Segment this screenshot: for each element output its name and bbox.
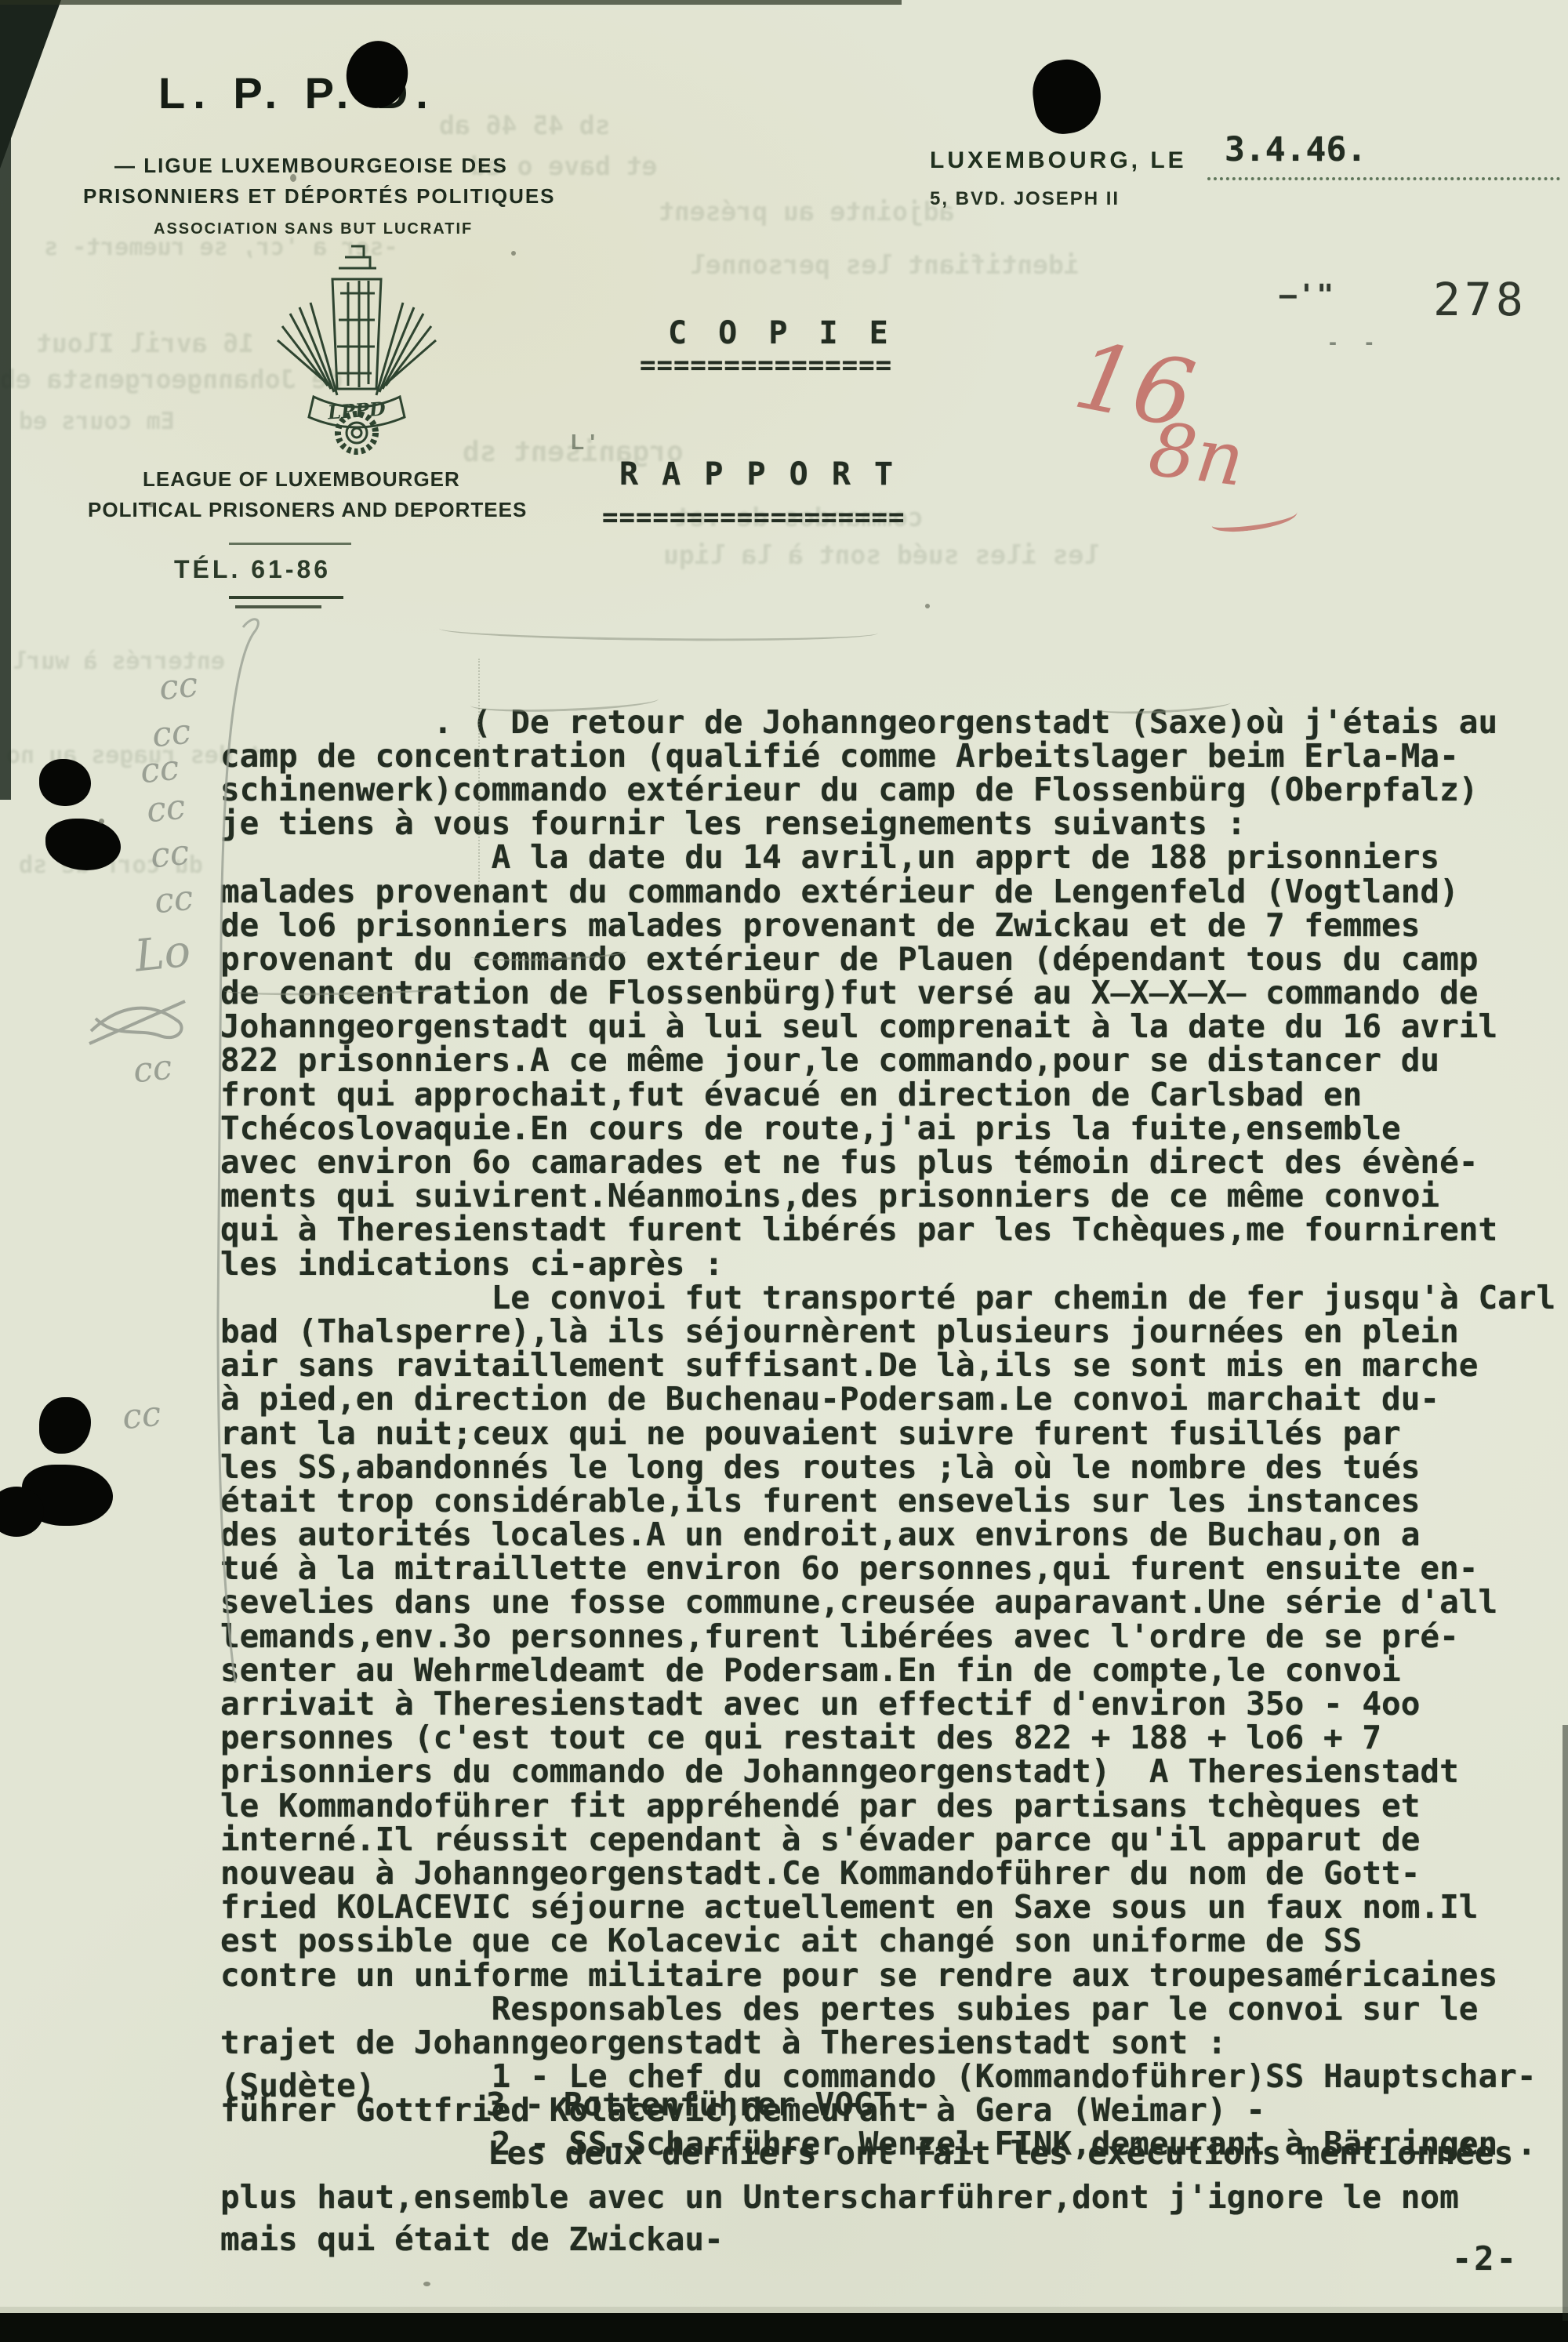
phone-number: TÉL. 61-86 xyxy=(174,555,331,584)
pencil-cc-mark: cc xyxy=(120,1394,162,1438)
body-line: de lo6 prisonniers malades provenant de … xyxy=(220,909,1555,942)
scan-edge-corner xyxy=(0,0,61,169)
body-line: ments qui suivirent.Néanmoins,des prison… xyxy=(220,1179,1555,1213)
copy-title: C O P I E xyxy=(668,315,895,351)
pencil-cc-mark: Lo xyxy=(132,925,193,982)
pencil-bracket-line xyxy=(205,610,268,1708)
body-line: personnes (c'est tout ce qui restait des… xyxy=(220,1721,1555,1755)
list-item-3: 3 - Rottenführer VOGT - xyxy=(486,2086,931,2123)
body-line: schinenwerk)commando extérieur du camp d… xyxy=(220,773,1555,807)
bleedthrough-text: identifiant les personnel xyxy=(690,249,1080,280)
dirt-speck xyxy=(511,251,516,256)
body-line: avec environ 6o camarades et ne fus plus… xyxy=(220,1146,1555,1179)
bleedthrough-text: les iles suéd sont à la liqu xyxy=(663,539,1099,570)
red-handwritten-8n: 8n xyxy=(1145,413,1248,498)
pencil-cc-mark: cc xyxy=(144,787,187,831)
body-line: camp de concentration (qualifié comme Ar… xyxy=(220,739,1555,773)
body-line: qui à Theresienstadt furent libérés par … xyxy=(220,1213,1555,1247)
body-line: senter au Wehrmeldeamt de Podersam.En fi… xyxy=(220,1654,1555,1687)
body-line: était trop considérable,ils furent ensev… xyxy=(220,1484,1555,1518)
address-line: 5, BVD. JOSEPH II xyxy=(930,188,1120,210)
pencil-cc-mark: cc xyxy=(138,748,180,792)
body-line: air sans ravitaillement suffisant.De là,… xyxy=(220,1349,1555,1382)
dirt-speck xyxy=(925,604,930,608)
report-title: R A P P O R T xyxy=(619,456,895,492)
body-line: prisonniers du commando de Johanngeorgen… xyxy=(220,1755,1555,1788)
closing-line-3: mais qui était de Zwickau- xyxy=(220,2220,724,2258)
punch-hole-mark xyxy=(39,1397,91,1454)
body-line: front qui approchait,fut évacué en direc… xyxy=(220,1078,1555,1112)
report-title-underline: ================== xyxy=(602,502,905,533)
body-line: le Kommandoführer fit appréhendé par des… xyxy=(220,1789,1555,1823)
pencil-cc-mark: cc xyxy=(148,833,191,877)
closing-line-2: plus haut,ensemble avec un Unterscharfüh… xyxy=(220,2178,1459,2216)
body-line: tué à la mitraillette environ 6o personn… xyxy=(220,1552,1555,1585)
dirt-speck xyxy=(99,819,104,824)
body-line: contre un uniforme militaire pour se ren… xyxy=(220,1959,1555,1992)
dirt-speck xyxy=(423,2282,430,2286)
body-line: trajet de Johanngeorgenstadt à Theresien… xyxy=(220,2026,1555,2060)
body-line: Le convoi fut transporté par chemin de f… xyxy=(220,1281,1555,1315)
pencil-cc-mark: cc xyxy=(152,878,194,922)
copy-title-underline: =============== xyxy=(640,350,892,381)
body-line: bad (Thalsperre),là ils séjournèrent plu… xyxy=(220,1315,1555,1349)
body-line: à pied,en direction de Buchenau-Podersam… xyxy=(220,1382,1555,1416)
bleedthrough-text: adjointe au présent xyxy=(659,196,955,227)
body-line: les SS,abandonnés le long des routes ;là… xyxy=(220,1451,1555,1484)
body-line: sevelies dans une fosse commune,creusée … xyxy=(220,1585,1555,1619)
letterhead-underline xyxy=(229,596,343,599)
page-number: -2- xyxy=(1452,2239,1519,2278)
body-line: fried KOLACEVIC séjourne actuellement en… xyxy=(220,1890,1555,1924)
scan-edge-top xyxy=(0,0,902,5)
body-line: provenant du commando extérieur de Plaue… xyxy=(220,942,1555,976)
faint-dashes: - - xyxy=(1329,329,1384,356)
body-line: je tiens à vous fournir les renseignemen… xyxy=(220,807,1555,841)
body-line: nouveau à Johanngeorgenstadt.Ce Kommando… xyxy=(220,1857,1555,1890)
body-line: rant la nuit;ceux qui ne pouvaient suivr… xyxy=(220,1417,1555,1451)
scanned-report-page: sb 45 46 abet bave o ed-ser a 'cr, se ru… xyxy=(0,0,1568,2342)
closing-line-1: Les deux derniers ont fait les exécution… xyxy=(488,2134,1513,2172)
scan-edge-right xyxy=(1563,1725,1568,2321)
report-body: . ( De retour de Johanngeorgenstadt (Sax… xyxy=(220,604,1555,2162)
logo-text: LPPD xyxy=(326,397,387,423)
body-line: est possible que ce Kolacevic ait changé… xyxy=(220,1924,1555,1958)
org-name-fr-line1: — LIGUE LUXEMBOURGEOISE DES xyxy=(114,154,508,178)
bleedthrough-text: 16 avril Ilout xyxy=(36,328,254,358)
body-line: lemands,env.3o personnes,furent libérées… xyxy=(220,1620,1555,1654)
body-line: . ( De retour de Johanngeorgenstadt (Sax… xyxy=(220,706,1555,739)
body-line: les indications ci-après : xyxy=(220,1247,1555,1281)
dirt-speck xyxy=(290,174,296,182)
body-line: A la date du 14 avril,un apprt de 188 pr… xyxy=(220,841,1555,874)
city-date-label: LUXEMBOURG, LE xyxy=(930,147,1187,174)
org-name-en-line1: LEAGUE OF LUXEMBOURGER xyxy=(143,467,460,492)
body-line: malades provenant du commando extérieur … xyxy=(220,875,1555,909)
org-name-fr-line2: PRISONNIERS ET DÉPORTÉS POLITIQUES xyxy=(83,184,556,209)
pencil-scribble xyxy=(85,984,194,1055)
body-line: arrivait à Theresienstadt avec un effect… xyxy=(220,1687,1555,1721)
org-name-en-line2: POLITICAL PRISONERS AND DEPORTEES xyxy=(88,498,527,522)
dash-mark: —'" xyxy=(1279,279,1335,311)
body-line: des autorités locales.A un endroit,aux e… xyxy=(220,1518,1555,1552)
bleedthrough-text: Em cours ed xyxy=(19,408,175,435)
bleedthrough-text: sb 45 46 ab xyxy=(439,110,611,140)
body-line: Responsables des pertes subies par le co… xyxy=(220,1992,1555,2026)
body-line: Johanngeorgenstadt qui à lui seul compre… xyxy=(220,1010,1555,1044)
punch-hole-mark xyxy=(39,759,91,806)
scan-edge-bottom xyxy=(0,2313,1568,2342)
body-line: interné.Il réussit cependant à s'évader … xyxy=(220,1823,1555,1857)
paper-crease xyxy=(478,659,481,894)
ink-blot xyxy=(1029,55,1105,137)
dirt-speck xyxy=(147,502,155,507)
red-underline-swash xyxy=(1210,503,1298,534)
body-line: Tchécoslovaquie.En cours de route,j'ai p… xyxy=(220,1112,1555,1146)
pencil-cc-mark: cc xyxy=(157,665,199,709)
sudete-note: (Sudète) xyxy=(220,2067,375,2104)
body-line: 822 prisonniers.A ce même jour,le comman… xyxy=(220,1044,1555,1077)
date-dotted-line xyxy=(1207,154,1560,180)
lppd-emblem-icon: LPPD xyxy=(259,235,455,463)
stray-type-marks: L ' xyxy=(571,430,595,455)
letterhead-divider xyxy=(229,543,351,545)
archive-number-stamp: 278 xyxy=(1433,273,1527,326)
